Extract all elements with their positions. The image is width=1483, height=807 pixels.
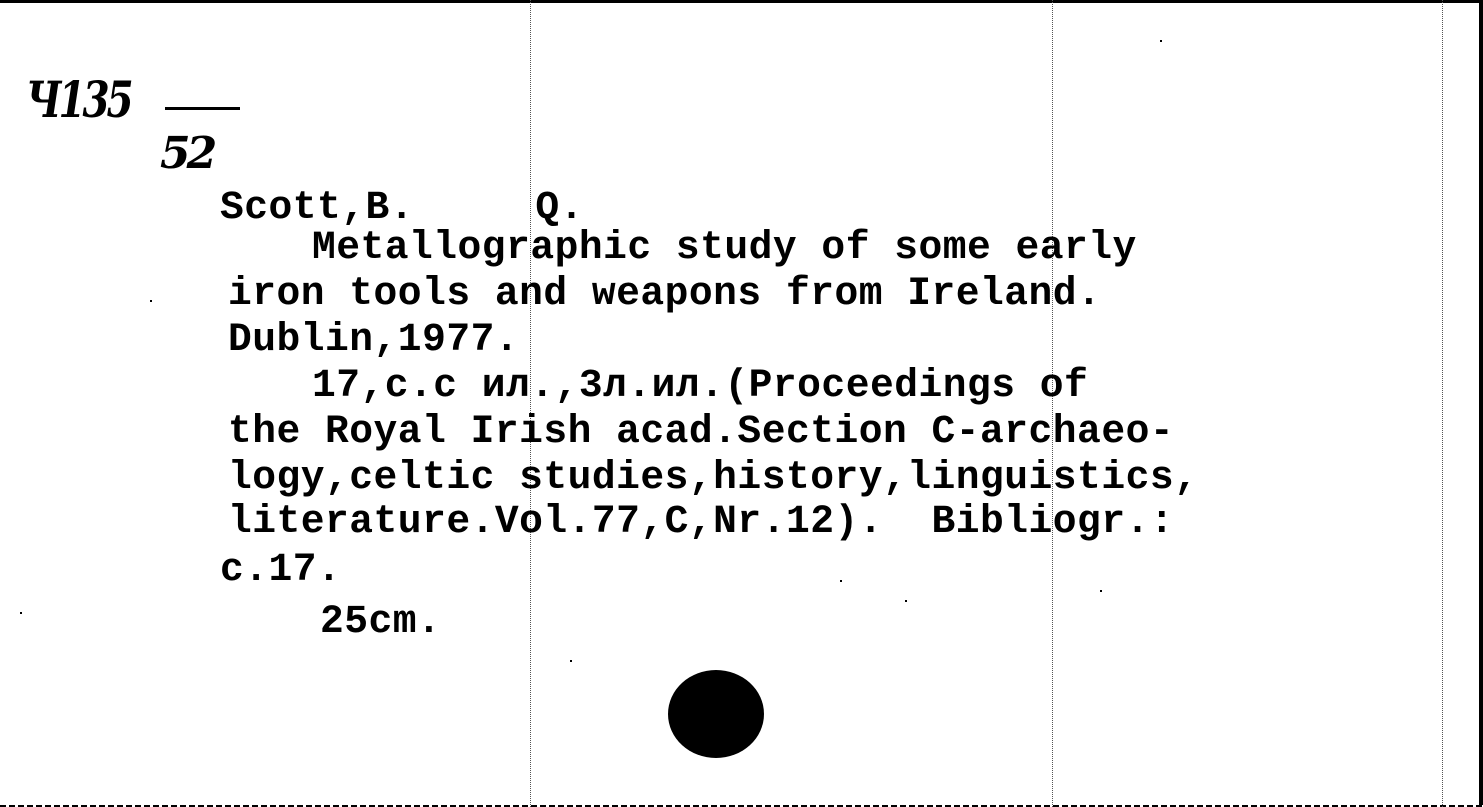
shelfmark-fraction-bar — [165, 107, 240, 110]
collation-line-4: literature.Vol.77,C,Nr.12). Bibliogr.: — [228, 500, 1174, 546]
scan-speck — [570, 660, 572, 662]
imprint-line: Dublin,1977. — [228, 318, 519, 364]
size-line: 25cm. — [320, 600, 441, 646]
scan-speck — [1100, 590, 1102, 592]
punch-hole — [668, 670, 764, 758]
scan-artifact-line — [1442, 0, 1443, 807]
collation-line-1: 17,c.c ил.,3л.ил.(Proceedings of — [312, 364, 1088, 410]
scan-speck — [150, 300, 152, 302]
collation-line-3: logy,celtic studies,history,linguistics, — [228, 456, 1198, 502]
scan-speck — [20, 612, 22, 614]
bibliography-pages: c.17. — [220, 548, 341, 594]
collation-line-2: the Royal Irish acad.Section C-archaeo- — [228, 410, 1174, 456]
shelfmark-denominator: 52 — [160, 128, 213, 179]
scan-speck — [1160, 40, 1162, 42]
card-right-edge — [1479, 0, 1483, 807]
scan-speck — [840, 580, 842, 582]
title-line-1: Metallographic study of some early — [312, 226, 1137, 272]
title-line-2: iron tools and weapons from Ireland. — [228, 272, 1101, 318]
card-top-edge — [0, 0, 1483, 3]
scan-speck — [905, 600, 907, 602]
shelfmark-numerator: Ч135 — [26, 70, 131, 129]
catalog-card: Ч135 52 Scott,B. Q. Metallographic study… — [0, 0, 1483, 807]
